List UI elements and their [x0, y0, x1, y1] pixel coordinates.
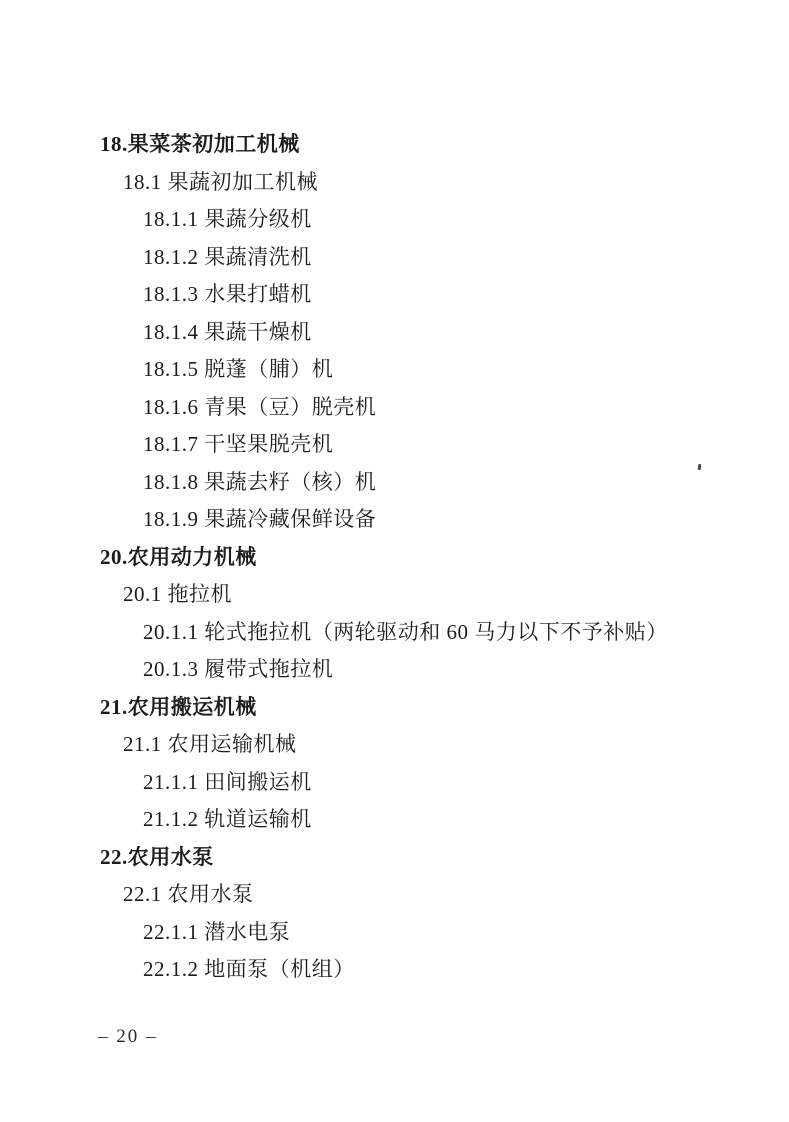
outline-item-21-1-2: 21.1.2 轨道运输机 — [100, 801, 720, 839]
outline-item-18-1-2: 18.1.2 果蔬清洗机 — [100, 239, 720, 277]
outline-item-20-1: 20.1 拖拉机 — [100, 576, 720, 614]
outline-item-22-1: 22.1 农用水泵 — [100, 876, 720, 914]
outline-item-22-1-2: 22.1.2 地面泵（机组） — [100, 951, 720, 989]
outline-item-18-1-7: 18.1.7 干坚果脱壳机 — [100, 426, 720, 464]
outline-item-21-1-1: 21.1.1 田间搬运机 — [100, 764, 720, 802]
outline-item-18-1-6: 18.1.6 青果（豆）脱壳机 — [100, 389, 720, 427]
outline-item-18-1-3: 18.1.3 水果打蜡机 — [100, 276, 720, 314]
outline-item-22-1-1: 22.1.1 潜水电泵 — [100, 914, 720, 952]
section-heading-18: 18.果菜茶初加工机械 — [100, 126, 720, 164]
outline-item-18-1-5: 18.1.5 脱蓬（脯）机 — [100, 351, 720, 389]
outline-item-18-1-8: 18.1.8 果蔬去籽（核）机 — [100, 464, 720, 502]
section-heading-22: 22.农用水泵 — [100, 839, 720, 877]
outline-item-18-1-4: 18.1.4 果蔬干燥机 — [100, 314, 720, 352]
page-number: – 20 – — [98, 1026, 158, 1048]
outline-item-18-1: 18.1 果蔬初加工机械 — [100, 164, 720, 202]
outline-item-18-1-9: 18.1.9 果蔬冷藏保鲜设备 — [100, 501, 720, 539]
document-page: 18.果菜茶初加工机械 18.1 果蔬初加工机械 18.1.1 果蔬分级机 18… — [0, 0, 789, 1122]
outline-item-21-1: 21.1 农用运输机械 — [100, 726, 720, 764]
section-heading-21: 21.农用搬运机械 — [100, 689, 720, 727]
outline-item-20-1-1: 20.1.1 轮式拖拉机（两轮驱动和 60 马力以下不予补贴） — [100, 614, 720, 652]
outline-list: 18.果菜茶初加工机械 18.1 果蔬初加工机械 18.1.1 果蔬分级机 18… — [100, 126, 720, 989]
outline-item-18-1-1: 18.1.1 果蔬分级机 — [100, 201, 720, 239]
section-heading-20: 20.农用动力机械 — [100, 539, 720, 577]
outline-item-20-1-3: 20.1.3 履带式拖拉机 — [100, 651, 720, 689]
